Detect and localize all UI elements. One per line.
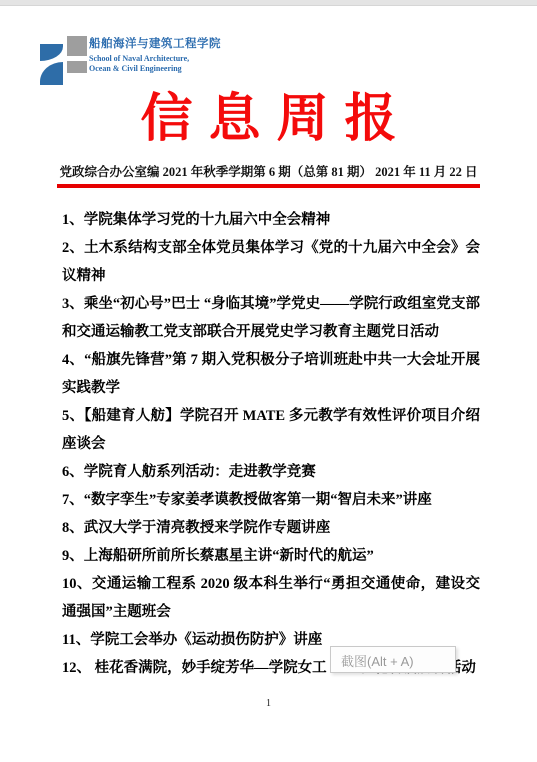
toc-item-5: 5、【船建育人舫】学院召开 MATE 多元教学有效性评价项目介绍座谈会 bbox=[62, 402, 480, 458]
newsletter-title: 信息周报 bbox=[0, 88, 537, 150]
toc-item-10: 10、交通运输工程系 2020 级本科生举行“勇担交通使命，建设交通强国”主题班… bbox=[62, 570, 480, 626]
toc-item-2: 2、土木系结构支部全体党员集体学习《党的十九届六中全会》会议精神 bbox=[62, 234, 480, 290]
school-logo-icon bbox=[40, 36, 88, 86]
logo-block-gray-bottom bbox=[67, 61, 87, 73]
school-name-cn: 船舶海洋与建筑工程学院 bbox=[89, 39, 221, 51]
viewer-top-edge bbox=[0, 0, 537, 6]
toc-item-6: 6、学院育人舫系列活动：走进教学竞赛 bbox=[62, 458, 480, 486]
toc-list: 1、学院集体学习党的十九届六中全会精神 2、土木系结构支部全体党员集体学习《党的… bbox=[62, 206, 480, 682]
toc-item-7: 7、“数字孪生”专家姜孝谟教授做客第一期“智启未来”讲座 bbox=[62, 486, 480, 514]
screenshot-tooltip-label: 截图(Alt + A) bbox=[341, 654, 414, 669]
logo-block-gray-top bbox=[67, 36, 87, 56]
toc-item-3: 3、乘坐“初心号”巴士 “身临其境”学党史——学院行政组室党支部和交通运输教工党… bbox=[62, 290, 480, 346]
toc-item-9: 9、上海船研所前所长蔡惠星主讲“新时代的航运” bbox=[62, 542, 480, 570]
toc-item-4: 4、“船旗先锋营”第 7 期入党积极分子培训班赴中共一大会址开展实践教学 bbox=[62, 346, 480, 402]
toc-item-8: 8、武汉大学于清亮教授来学院作专题讲座 bbox=[62, 514, 480, 542]
school-name-en-line2: Ocean & Civil Engineering bbox=[89, 64, 221, 74]
red-divider-rule bbox=[57, 184, 480, 188]
school-name-en-line1: School of Naval Architecture, bbox=[89, 54, 221, 64]
screenshot-tooltip: 截图(Alt + A) bbox=[330, 646, 456, 673]
logo-block-blue-top bbox=[40, 44, 63, 61]
toc-item-1: 1、学院集体学习党的十九届六中全会精神 bbox=[62, 206, 480, 234]
page-number: 1 bbox=[0, 698, 537, 709]
issue-info-line: 党政综合办公室编 2021 年秋季学期第 6 期（总第 81 期） 2021 年… bbox=[0, 162, 537, 180]
school-logo-text: 船舶海洋与建筑工程学院 School of Naval Architecture… bbox=[89, 39, 221, 74]
logo-block-blue-bottom bbox=[40, 62, 63, 85]
